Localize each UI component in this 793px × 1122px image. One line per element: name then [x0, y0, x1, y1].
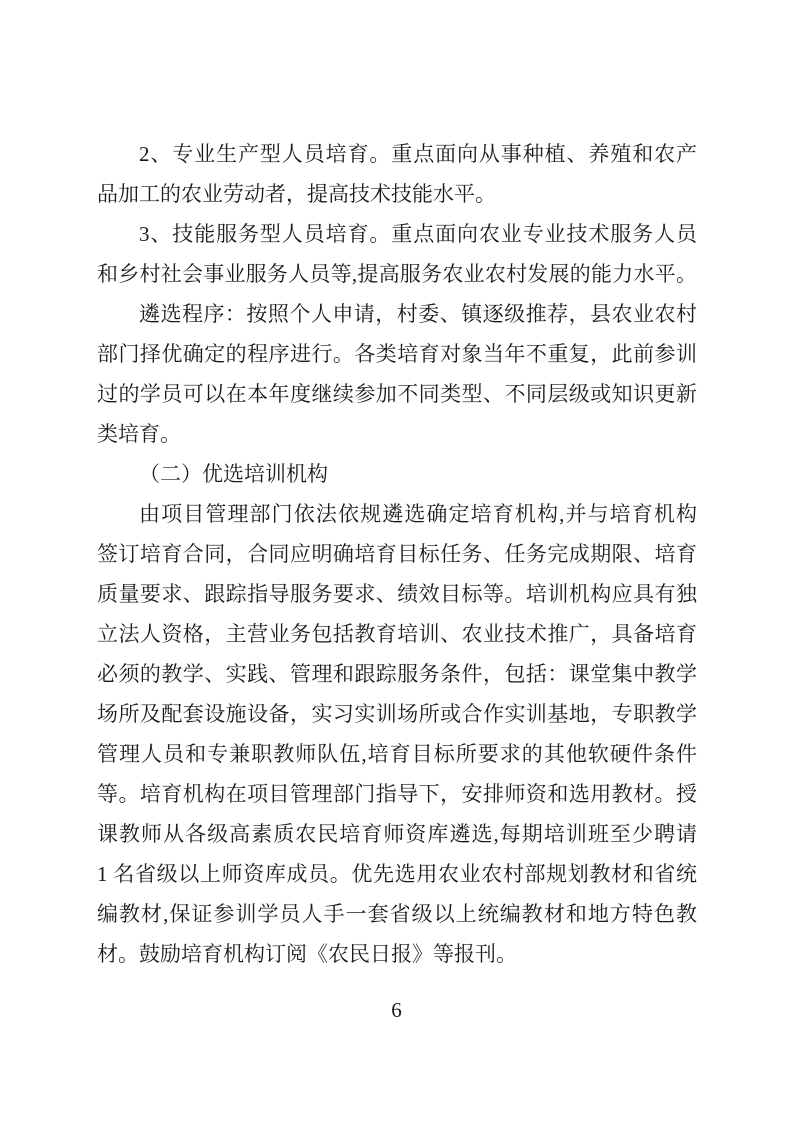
- page-number: 6: [391, 998, 402, 1022]
- text-line: （二）优选培训机构: [97, 454, 697, 494]
- text-line: 过的学员可以在本年度继续参加不同类型、不同层级或知识更新: [97, 374, 697, 414]
- text-line: 类培育。: [97, 414, 697, 454]
- text-line: 3、技能服务型人员培育。重点面向农业专业技术服务人员: [97, 214, 697, 254]
- text-line: 编教材,保证参训学员人手一套省级以上统编教材和地方特色教: [97, 894, 697, 934]
- text-line: 质量要求、跟踪指导服务要求、绩效目标等。培训机构应具有独: [97, 574, 697, 614]
- text-line: 等。培育机构在项目管理部门指导下，安排师资和选用教材。授: [97, 774, 697, 814]
- text-line: 由项目管理部门依法依规遴选确定培育机构,并与培育机构: [97, 494, 697, 534]
- text-line: 签订培育合同，合同应明确培育目标任务、任务完成期限、培育: [97, 534, 697, 574]
- text-line: 管理人员和专兼职教师队伍,培育目标所要求的其他软硬件条件: [97, 734, 697, 774]
- text-line: 1 名省级以上师资库成员。优先选用农业农村部规划教材和省统: [97, 854, 697, 894]
- text-line: 场所及配套设施设备，实习实训场所或合作实训基地，专职教学: [97, 694, 697, 734]
- text-line: 必须的教学、实践、管理和跟踪服务条件，包括：课堂集中教学: [97, 654, 697, 694]
- text-line: 遴选程序：按照个人申请，村委、镇逐级推荐，县农业农村: [97, 294, 697, 334]
- text-line: 材。鼓励培育机构订阅《农民日报》等报刊。: [97, 934, 697, 974]
- text-line: 部门择优确定的程序进行。各类培育对象当年不重复，此前参训: [97, 334, 697, 374]
- text-line: 课教师从各级高素质农民培育师资库遴选,每期培训班至少聘请: [97, 814, 697, 854]
- text-line: 品加工的农业劳动者，提高技术技能水平。: [97, 174, 697, 214]
- document-body: 2、专业生产型人员培育。重点面向从事种植、养殖和农产品加工的农业劳动者，提高技术…: [97, 134, 697, 974]
- text-line: 2、专业生产型人员培育。重点面向从事种植、养殖和农产: [97, 134, 697, 174]
- text-line: 立法人资格，主营业务包括教育培训、农业技术推广，具备培育: [97, 614, 697, 654]
- text-line: 和乡村社会事业服务人员等,提高服务农业农村发展的能力水平。: [97, 254, 697, 294]
- page-footer: 6: [0, 998, 793, 1022]
- document-page: 2、专业生产型人员培育。重点面向从事种植、养殖和农产品加工的农业劳动者，提高技术…: [0, 0, 793, 1122]
